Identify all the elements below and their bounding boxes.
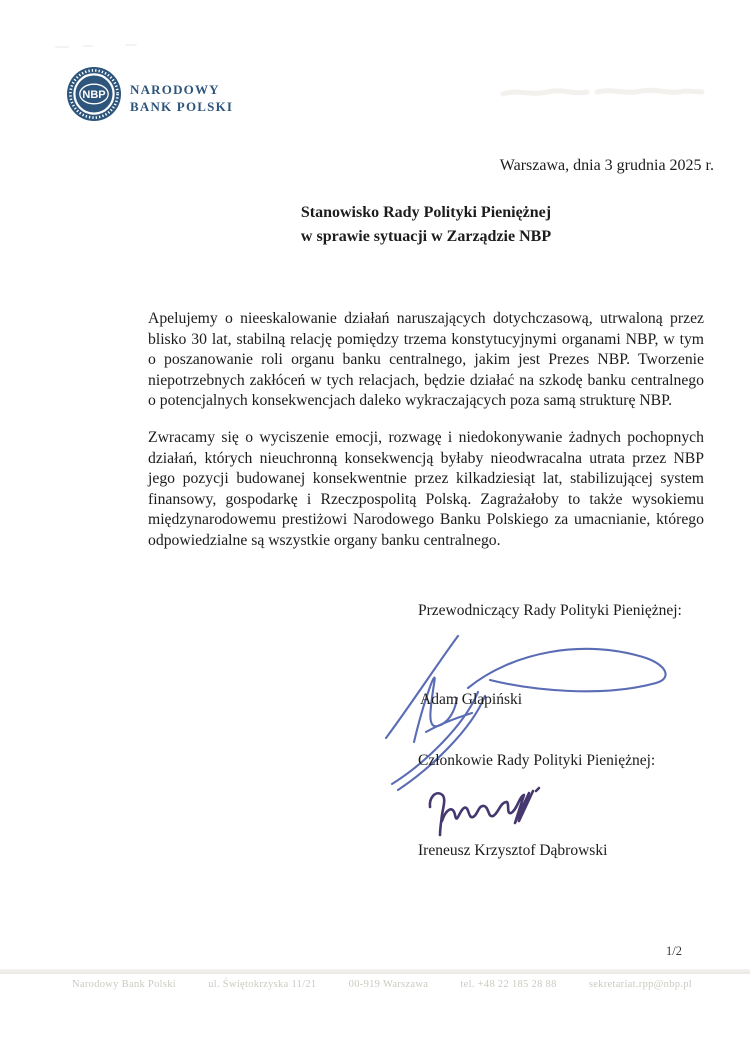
scan-specks [55, 44, 175, 54]
title-line-2: w sprawie sytuacji w Zarządzie NBP [148, 225, 704, 249]
footer-org-name: Narodowy Bank Polski [72, 979, 176, 990]
paragraph-2: Zwracamy się o wyciszenie emocji, rozwag… [148, 428, 704, 552]
member-signature-ink [426, 785, 544, 843]
date-line: Warszawa, dnia 3 grudnia 2025 r. [500, 157, 714, 175]
faint-showthrough-watermark [497, 80, 709, 104]
brand-wordmark: NARODOWY BANK POLSKI [130, 81, 233, 115]
footer-divider [0, 969, 750, 974]
nbp-logo-abbr: NBP [82, 89, 105, 101]
brand-line-2: BANK POLSKI [130, 98, 233, 115]
footer-city: 00-919 Warszawa [349, 979, 429, 990]
footer-contact-row: Narodowy Bank Polski ul. Świętokrzyska 1… [72, 979, 692, 990]
page-number: 1/2 [666, 944, 682, 959]
letter-body: Apelujemy o nieeskalowanie działań narus… [148, 309, 704, 568]
chairman-heading: Przewodniczący Rady Polityki Pieniężnej: [418, 602, 682, 620]
members-heading: Członkowie Rady Polityki Pieniężnej: [418, 752, 655, 770]
chairman-name: Adam Glapiński [420, 691, 522, 709]
footer-phone: tel. +48 22 185 28 88 [460, 979, 556, 990]
brand-line-1: NARODOWY [130, 81, 233, 98]
footer-email: sekretariat.rpp@nbp.pl [589, 979, 692, 990]
nbp-logo-icon: NBP [66, 66, 122, 122]
document-title: Stanowisko Rady Polityki Pieniężnej w sp… [148, 201, 704, 248]
member-name: Ireneusz Krzysztof Dąbrowski [418, 842, 607, 860]
letter-page: NBP NARODOWY BANK POLSKI Warszawa, dnia … [0, 0, 750, 1061]
paragraph-1: Apelujemy o nieeskalowanie działań narus… [148, 309, 704, 412]
title-line-1: Stanowisko Rady Polityki Pieniężnej [148, 201, 704, 225]
footer-street: ul. Świętokrzyska 11/21 [208, 979, 316, 990]
